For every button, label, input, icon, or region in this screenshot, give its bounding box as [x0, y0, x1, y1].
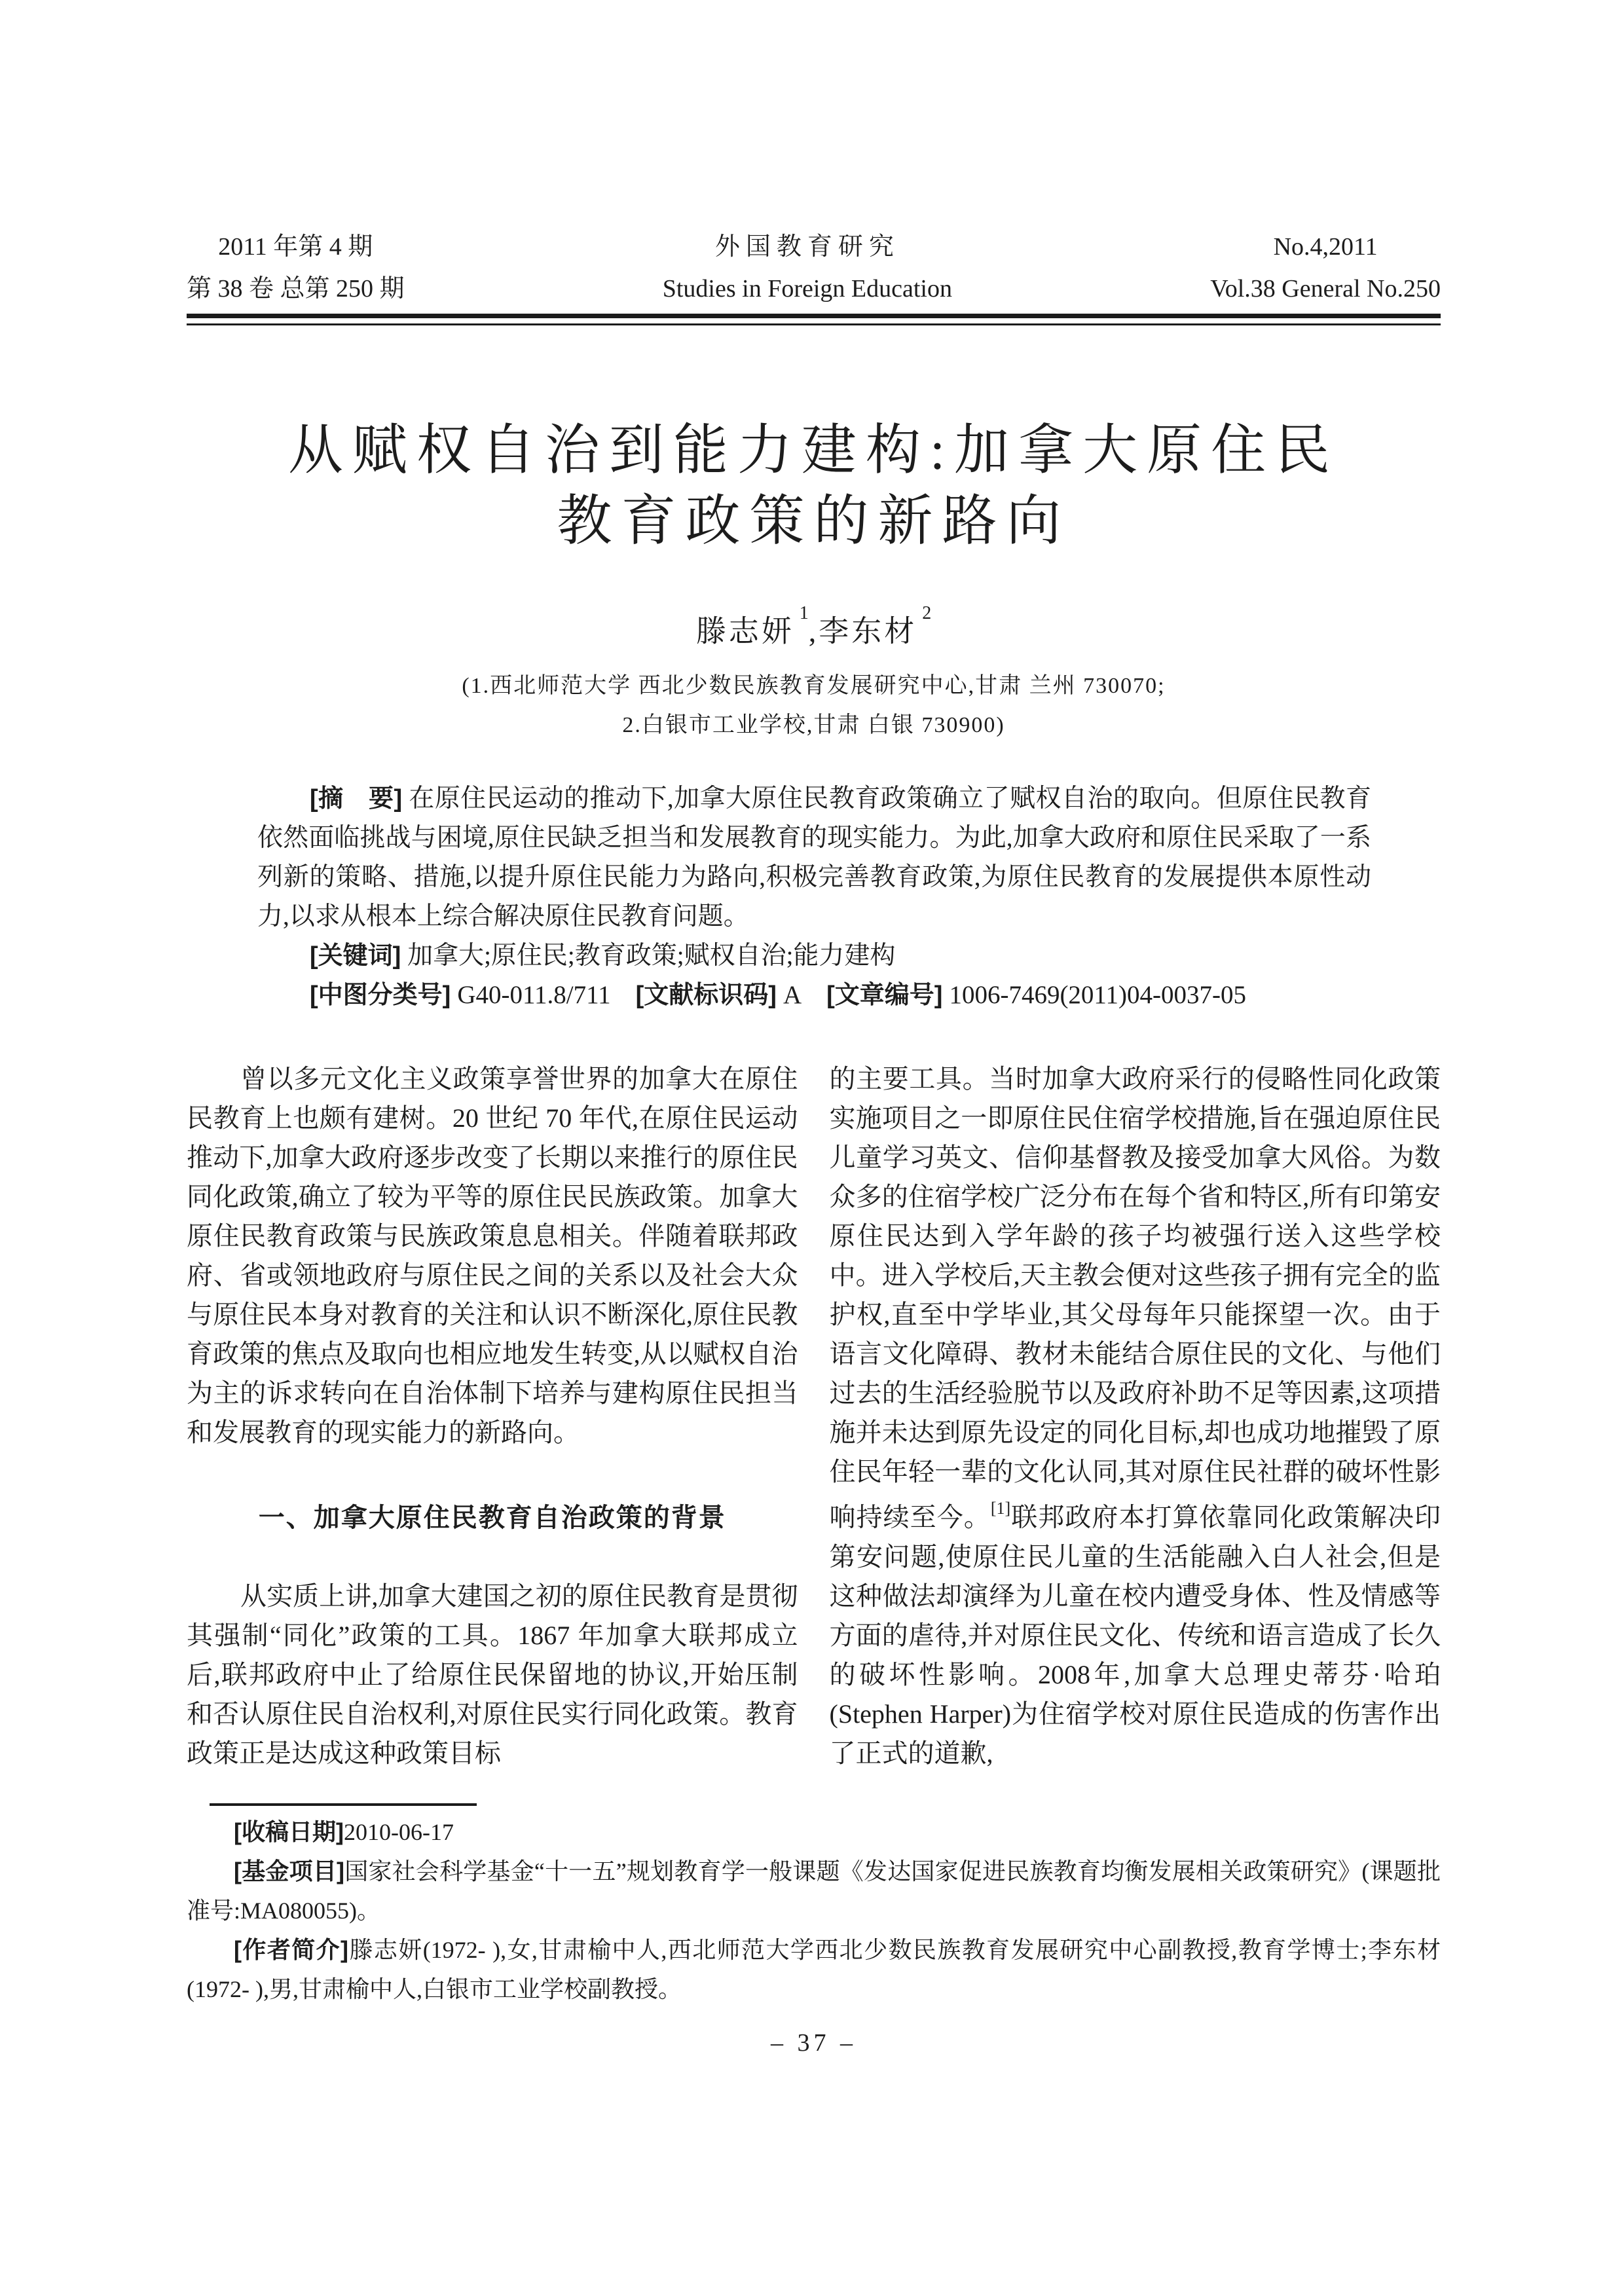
section-1-heading: 一、加拿大原住民教育自治政策的背景 — [187, 1498, 798, 1537]
footnote-separator-rule — [210, 1803, 477, 1806]
article-title-line2: 教育政策的新路向 — [187, 487, 1441, 557]
doc-code-value: A — [783, 981, 802, 1009]
header-issue-year: 2011 年第 4 期 — [187, 226, 405, 268]
paragraph-section1-start: 从实质上讲,加拿大建国之初的原住民教育是贯彻其强制“同化”政策的工具。1867 … — [187, 1577, 798, 1773]
article-body: 曾以多元文化主义政策享誉世界的加拿大在原住民教育上也颇有建树。20 世纪 70 … — [187, 1059, 1441, 1773]
header-issue-vol-en: Vol.38 General No.250 — [1210, 268, 1441, 310]
article-id-label: [文章编号] — [826, 982, 942, 1009]
journal-name-zh: 外国教育研究 — [663, 226, 952, 268]
classification-line: [中图分类号]G40-011.8/711[文献标识码]A[文章编号]1006-7… — [257, 976, 1371, 1015]
clc-value: G40-011.8/711 — [457, 981, 610, 1009]
author-bio-label: [作者简介] — [234, 1936, 348, 1963]
keywords-text: 加拿大;原住民;教育政策;赋权自治;能力建构 — [407, 942, 895, 970]
fund-project-text: 国家社会科学基金“十一五”规划教育学一般课题《发达国家促进民族教育均衡发展相关政… — [187, 1858, 1441, 1924]
keywords: [关键词] 加拿大;原住民;教育政策;赋权自治;能力建构 — [257, 936, 1371, 976]
header-issue-info: 2011 年第 4 期 第 38 卷 总第 250 期 — [187, 226, 405, 310]
abstract-label: [摘 要] — [310, 785, 402, 813]
affiliations: (1.西北师范大学 西北少数民族教育发展研究中心,甘肃 兰州 730070; 2… — [187, 667, 1441, 745]
author-byline: 滕志妍1,李东材2 — [187, 604, 1441, 652]
article-id-value: 1006-7469(2011)04-0037-05 — [949, 981, 1246, 1009]
header-issue-no-en: No.4,2011 — [1210, 226, 1441, 268]
author-bio-text: 滕志妍(1972- ),女,甘肃榆中人,西北师范大学西北少数民族教育发展研究中心… — [187, 1937, 1441, 2002]
author-1: 滕志妍 — [696, 614, 794, 648]
fund-project-label: [基金项目] — [234, 1858, 344, 1884]
author-separator: , — [809, 614, 819, 648]
footnotes: [收稿日期]2010-06-17 [基金项目]国家社会科学基金“十一五”规划教育… — [187, 1812, 1441, 2009]
article-title: 从赋权自治到能力建构:加拿大原住民 教育政策的新路向 — [187, 416, 1441, 557]
journal-page: 2011 年第 4 期 第 38 卷 总第 250 期 外国教育研究 Studi… — [0, 0, 1624, 2295]
header-journal-name: 外国教育研究 Studies in Foreign Education — [663, 226, 952, 310]
author-2: 李东材 — [819, 614, 917, 648]
body-column-left: 曾以多元文化主义政策享誉世界的加拿大在原住民教育上也颇有建树。20 世纪 70 … — [187, 1059, 798, 1773]
body-column-right: 的主要工具。当时加拿大政府采行的侵略性同化政策实施项目之一即原住民住宿学校措施,… — [830, 1059, 1441, 1773]
author-1-affiliation-mark: 1 — [800, 603, 809, 623]
doc-code-label: [文献标识码] — [636, 982, 777, 1009]
footnote-fund-project: [基金项目]国家社会科学基金“十一五”规划教育学一般课题《发达国家促进民族教育均… — [187, 1852, 1441, 1930]
paragraph-section1-continued: 的主要工具。当时加拿大政府采行的侵略性同化政策实施项目之一即原住民住宿学校措施,… — [830, 1059, 1441, 1772]
page-number: – 37 – — [187, 2029, 1441, 2057]
header-rule-thick — [187, 314, 1441, 318]
journal-header: 2011 年第 4 期 第 38 卷 总第 250 期 外国教育研究 Studi… — [187, 226, 1441, 310]
paragraph-text-after-ref: 联邦政府本打算依靠同化政策解决印第安问题,使原住民儿童的生活能融入白人社会,但是… — [830, 1503, 1441, 1768]
footnote-received-date: [收稿日期]2010-06-17 — [187, 1812, 1441, 1852]
header-issue-volume: 第 38 卷 总第 250 期 — [187, 268, 405, 310]
received-date-label: [收稿日期] — [234, 1818, 344, 1845]
article-title-line1: 从赋权自治到能力建构:加拿大原住民 — [187, 416, 1441, 487]
journal-name-en: Studies in Foreign Education — [663, 268, 952, 310]
reference-mark-1: [1] — [991, 1499, 1010, 1518]
header-issue-info-en: No.4,2011 Vol.38 General No.250 — [1210, 226, 1441, 310]
affiliation-line2: 2.白银市工业学校,甘肃 白银 730900) — [187, 706, 1441, 745]
clc-label: [中图分类号] — [310, 982, 451, 1009]
abstract: [摘 要] 在原住民运动的推动下,加拿大原住民教育政策确立了赋权自治的取向。但原… — [257, 779, 1371, 936]
paragraph-intro: 曾以多元文化主义政策享誉世界的加拿大在原住民教育上也颇有建树。20 世纪 70 … — [187, 1059, 798, 1452]
header-rule-thin — [187, 323, 1441, 325]
author-2-affiliation-mark: 2 — [922, 603, 931, 623]
affiliation-line1: (1.西北师范大学 西北少数民族教育发展研究中心,甘肃 兰州 730070; — [187, 667, 1441, 706]
abstract-text: 在原住民运动的推动下,加拿大原住民教育政策确立了赋权自治的取向。但原住民教育依然… — [257, 784, 1371, 930]
article-meta: [摘 要] 在原住民运动的推动下,加拿大原住民教育政策确立了赋权自治的取向。但原… — [257, 779, 1371, 1015]
keywords-label: [关键词] — [310, 942, 401, 970]
received-date-value: 2010-06-17 — [344, 1819, 454, 1845]
footnote-author-bio: [作者简介]滕志妍(1972- ),女,甘肃榆中人,西北师范大学西北少数民族教育… — [187, 1930, 1441, 2009]
paragraph-text-before-ref: 的主要工具。当时加拿大政府采行的侵略性同化政策实施项目之一即原住民住宿学校措施,… — [830, 1064, 1441, 1532]
